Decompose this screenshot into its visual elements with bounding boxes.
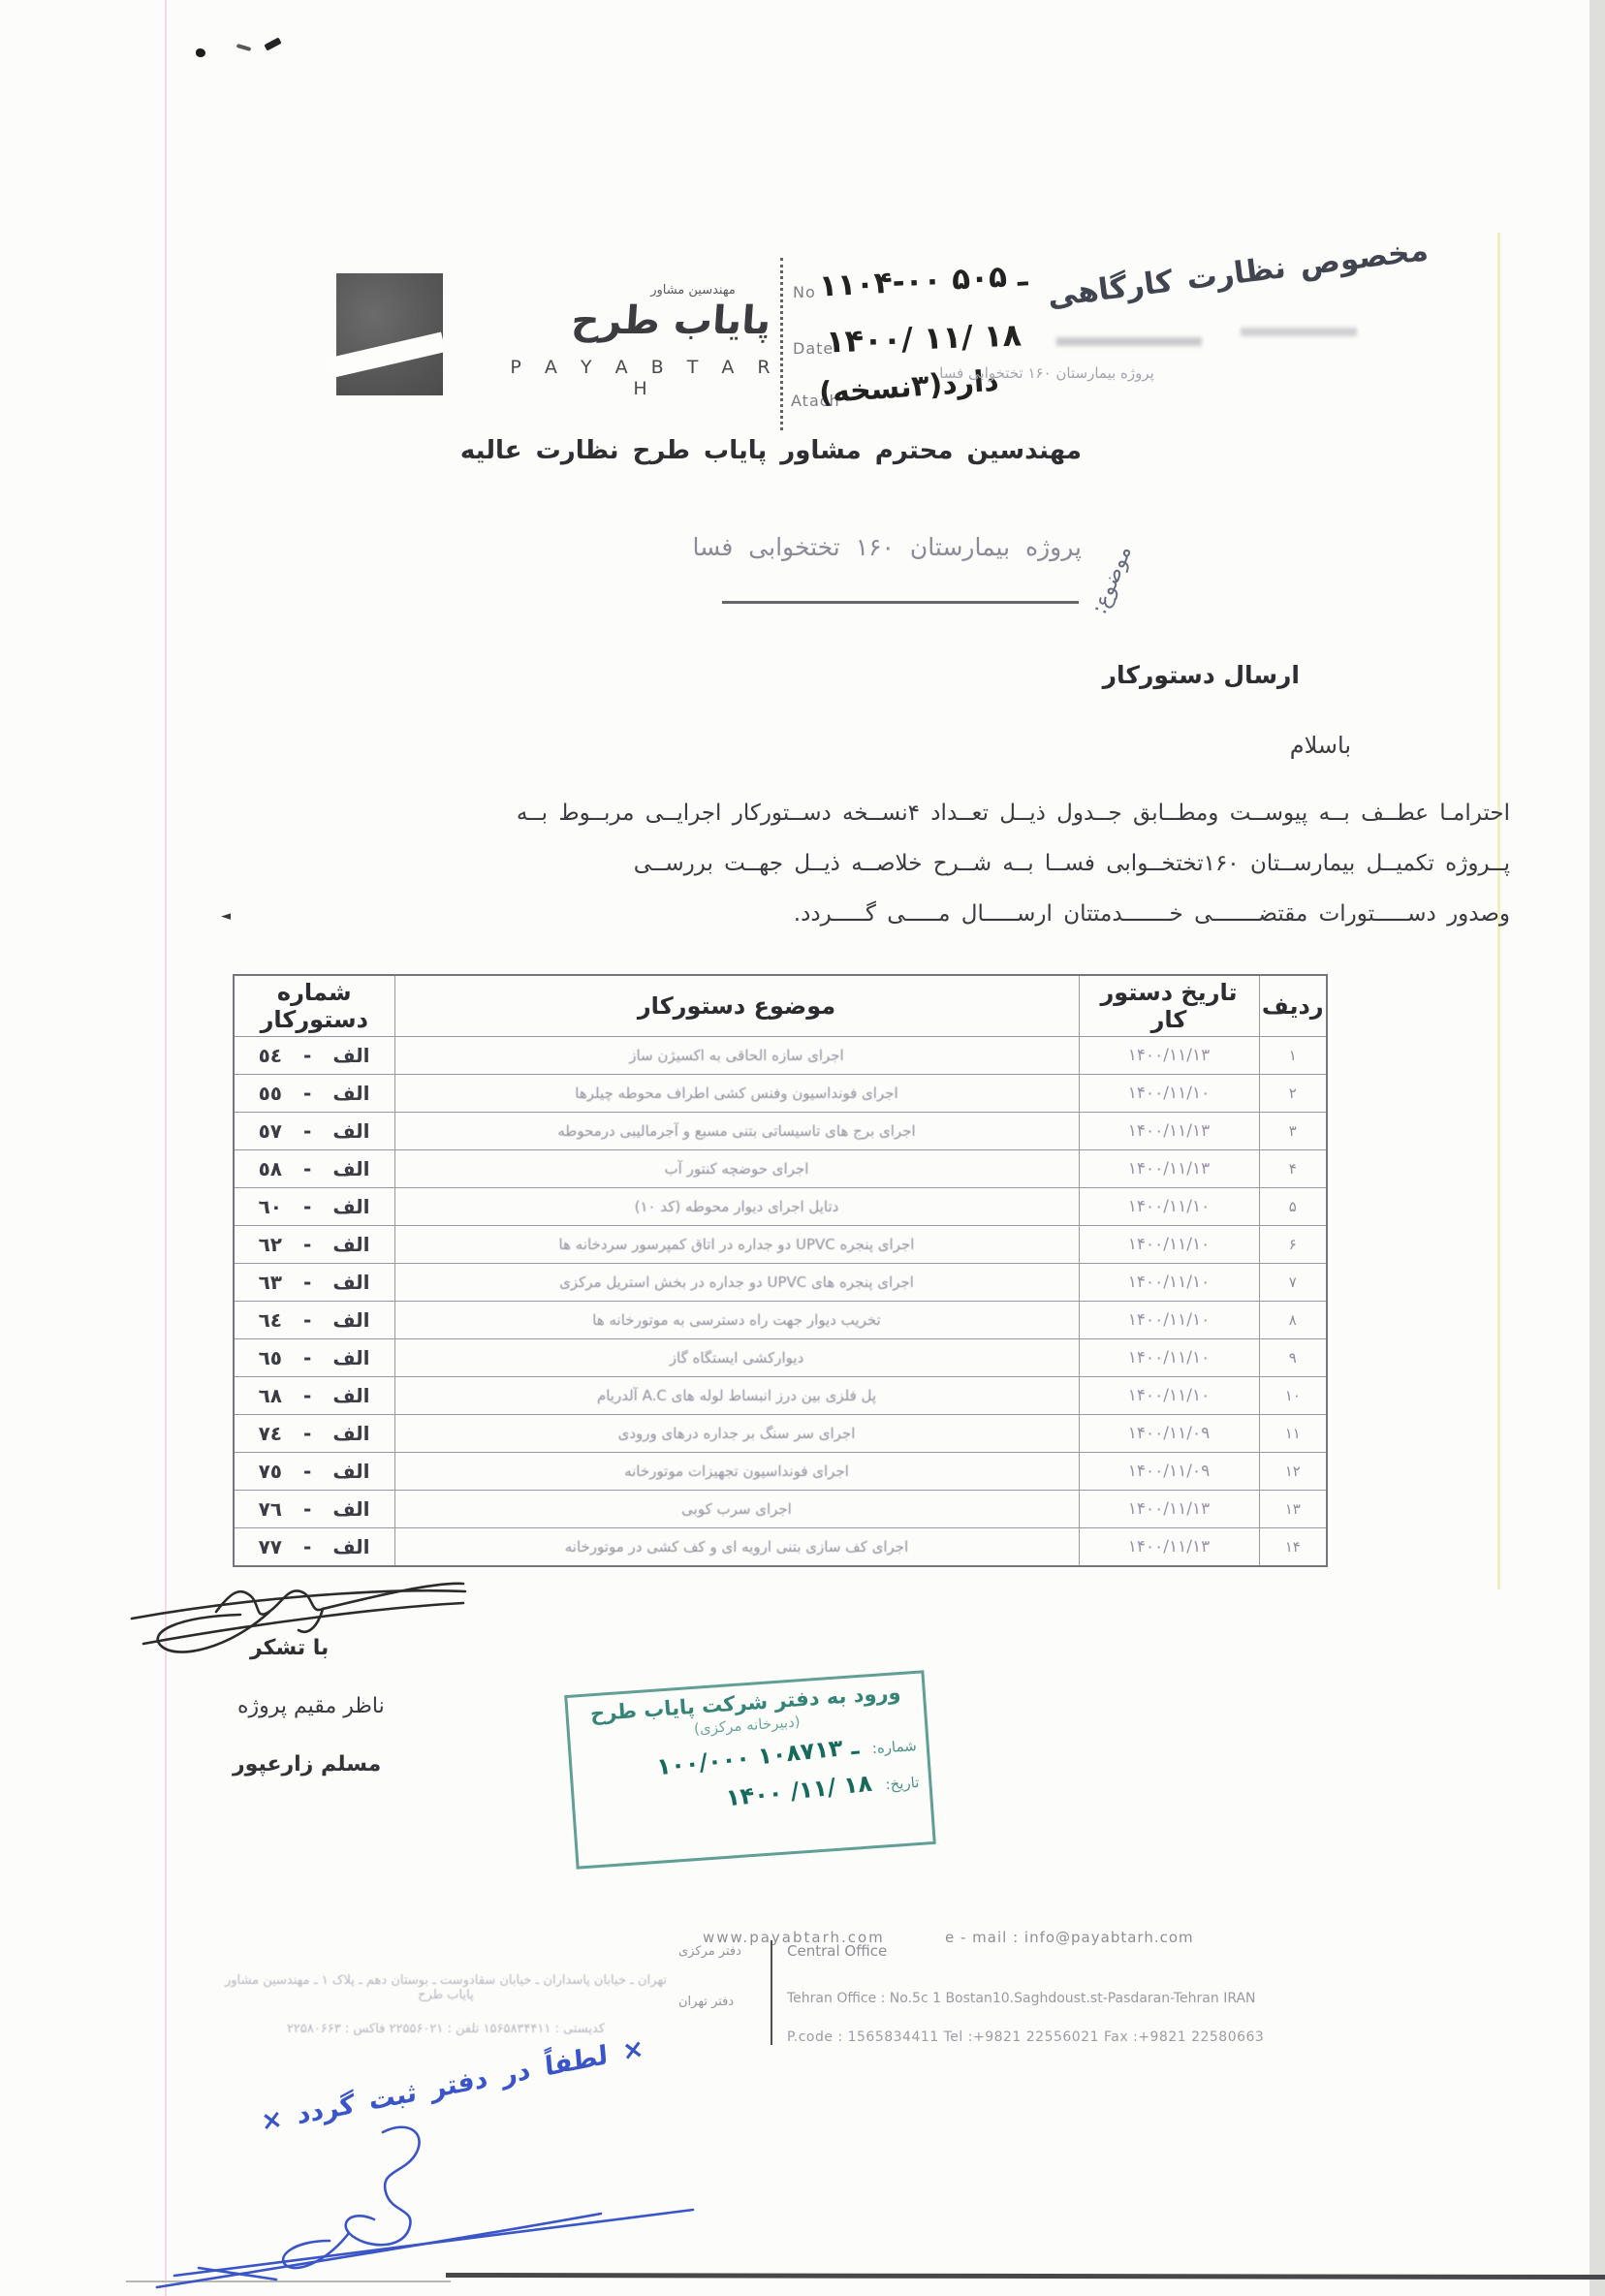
signer-name: مسلم زارعپور <box>233 1752 381 1777</box>
footer-fa-contact-faint: کدپستی : ۱۵۶۵۸۳۴۴۱۱ تلفن : ۲۲۵۵۶۰۲۱ فاکس… <box>218 2022 674 2036</box>
payabtarh-logo <box>336 273 443 395</box>
cell-order-subject: دتایل اجرای دیوار محوطه (کد ۱۰) <box>394 1188 1079 1226</box>
cell-order-number: الف-٧٤ <box>234 1415 394 1453</box>
cell-order-date: ۱۴۰۰/۱۱/۱۰ <box>1079 1339 1259 1377</box>
header-order-subject: موضوع دستورکار <box>394 975 1079 1037</box>
table-row: ۳۱۴۰۰/۱۱/۱۳اجرای برج های تاسیساتی بتنی م… <box>234 1113 1327 1150</box>
cell-row-number: ۶ <box>1259 1226 1327 1264</box>
cell-order-subject: تخریب دیوار جهت راه دسترسی به موتورخانه … <box>394 1302 1079 1339</box>
cell-order-date: ۱۴۰۰/۱۱/۱۰ <box>1079 1264 1259 1302</box>
footer-en-tehran-office: Tehran Office : No.5c 1 Bostan10.Saghdou… <box>787 1991 1256 2006</box>
table-row: ۹۱۴۰۰/۱۱/۱۰دیوارکشی ایستگاه گازالف-٦٥ <box>234 1339 1327 1377</box>
footer-fa-central-office: دفتر مرکزی <box>678 1944 764 1959</box>
cell-order-subject: اجرای پنجره UPVC دو جداره در اتاق کمپرسو… <box>394 1226 1079 1264</box>
footer-divider <box>771 1940 772 2045</box>
footer-email: e - mail : info@payabtarh.com <box>945 1929 1194 1946</box>
cell-order-subject: دیوارکشی ایستگاه گاز <box>394 1339 1079 1377</box>
cell-order-subject: اجرای فونداسیون تجهیزات موتورخانه <box>394 1453 1079 1491</box>
header-order-number: شماره دستورکار <box>234 975 394 1037</box>
cell-order-date: ۱۴۰۰/۱۱/۱۳ <box>1079 1037 1259 1075</box>
date-field-value: ۱۴۰۰/ ۱۱/ ۱۸ <box>825 316 1022 360</box>
table-row: ۱۳۱۴۰۰/۱۱/۱۳اجرای سرب کوبیالف-٧٦ <box>234 1491 1327 1528</box>
entry-number-label: شماره: <box>871 1737 917 1757</box>
body-line-3: وصدور دســـــتورات مقتضـــــــی خـــــــ… <box>794 901 1510 927</box>
salutation: باسلام <box>1290 732 1351 759</box>
cell-order-subject: اجرای سرب کوبی <box>394 1491 1079 1528</box>
table-row: ۷۱۴۰۰/۱۱/۱۰اجرای پنجره های UPVC دو جداره… <box>234 1264 1327 1302</box>
ink-dot-artifact <box>196 48 205 57</box>
cell-order-number: الف-٦٣ <box>234 1264 394 1302</box>
cell-order-number: الف-٥٤ <box>234 1037 394 1075</box>
thanks-line: با تشکر <box>250 1636 329 1660</box>
cell-order-date: ۱۴۰۰/۱۱/۱۳ <box>1079 1113 1259 1150</box>
signature-blue <box>145 2113 727 2296</box>
table-row: ۲۱۴۰۰/۱۱/۱۰اجرای فونداسیون وفنس کشی اطرا… <box>234 1075 1327 1113</box>
cell-order-subject: پل فلزی بین درز انبساط لوله های A.C آلدر… <box>394 1377 1079 1415</box>
heading-rule <box>722 601 1079 604</box>
workorder-table: ردیف تاریخ دستور کار موضوع دستورکار شمار… <box>233 974 1328 1567</box>
logo-slash-shape <box>326 332 446 379</box>
cell-order-date: ۱۴۰۰/۱۱/۱۰ <box>1079 1377 1259 1415</box>
cell-order-subject: اجرای سر سنگ بر جداره درهای ورودی <box>394 1415 1079 1453</box>
cell-order-number: الف-٦٠ <box>234 1188 394 1226</box>
entry-date-value: ۱۴۰۰ /۱۱/ ۱۸ <box>724 1770 873 1812</box>
subject-title: ارسال دستورکار <box>1103 661 1300 689</box>
footer-en-central-office: Central Office <box>787 1942 887 1960</box>
cell-row-number: ۸ <box>1259 1302 1327 1339</box>
table-row: ۱۱۴۰۰/۱۱/۱۳اجرای سازه الحاقی به اکسیژن س… <box>234 1037 1327 1075</box>
cell-order-date: ۱۴۰۰/۱۱/۰۹ <box>1079 1415 1259 1453</box>
scan-edge-shadow <box>1589 0 1605 2296</box>
brand-name-fa: پایاب طرح <box>565 299 776 343</box>
signer-role: ناظر مقیم پروژه <box>237 1694 385 1718</box>
subject-scribble: موضوع: <box>1087 543 1137 618</box>
header-order-date: تاریخ دستور کار <box>1079 975 1259 1037</box>
cell-order-number: الف-٦٤ <box>234 1302 394 1339</box>
cell-order-date: ۱۴۰۰/۱۱/۱۳ <box>1079 1150 1259 1188</box>
cell-order-number: الف-٥٧ <box>234 1113 394 1150</box>
project-name-faint: پروژه بیمارستان ۱۶۰ تختخوابی فسا <box>926 364 1168 382</box>
cell-order-date: ۱۴۰۰/۱۱/۰۹ <box>1079 1453 1259 1491</box>
recipient-line: مهندسین محترم مشاور پایاب طرح نظارت عالی… <box>460 436 1082 465</box>
cell-row-number: ۳ <box>1259 1113 1327 1150</box>
cell-order-date: ۱۴۰۰/۱۱/۱۳ <box>1079 1528 1259 1567</box>
project-line: پروژه بیمارستان ۱۶۰ تختخوابی فسا <box>692 533 1082 561</box>
no-field-label: No <box>793 283 816 301</box>
cell-row-number: ۱۳ <box>1259 1491 1327 1528</box>
footer-en-contact: P.code : 1565834411 Tel :+9821 22556021 … <box>787 2029 1264 2045</box>
table-row: ۴۱۴۰۰/۱۱/۱۳اجرای حوضچه کنتور آبالف-٥٨ <box>234 1150 1327 1188</box>
margin-arrow-mark: ◄ <box>221 909 231 924</box>
cell-row-number: ۱ <box>1259 1037 1327 1075</box>
body-line-2: پــروژه تکمیــل بیمارســتان ۱۶۰تختخــواب… <box>634 851 1510 876</box>
cell-row-number: ۵ <box>1259 1188 1327 1226</box>
cell-row-number: ۹ <box>1259 1339 1327 1377</box>
workorder-table-body: ۱۱۴۰۰/۱۱/۱۳اجرای سازه الحاقی به اکسیژن س… <box>234 1037 1327 1567</box>
cell-order-number: الف-٧٦ <box>234 1491 394 1528</box>
cell-order-date: ۱۴۰۰/۱۱/۱۳ <box>1079 1491 1259 1528</box>
cell-order-number: الف-٥٥ <box>234 1075 394 1113</box>
table-row: ۶۱۴۰۰/۱۱/۱۰اجرای پنجره UPVC دو جداره در … <box>234 1226 1327 1264</box>
cell-row-number: ۱۲ <box>1259 1453 1327 1491</box>
faded-smear <box>1056 337 1202 346</box>
table-row: ۸۱۴۰۰/۱۱/۱۰تخریب دیوار جهت راه دسترسی به… <box>234 1302 1327 1339</box>
scanned-letter-page: مهندسین مشاور پایاب طرح P A Y A B T A R … <box>0 0 1605 2296</box>
cell-order-date: ۱۴۰۰/۱۱/۱۰ <box>1079 1302 1259 1339</box>
cell-order-number: الف-٧٥ <box>234 1453 394 1491</box>
cell-order-subject: اجرای برج های تاسیساتی بتنی مسبع و آجرما… <box>394 1113 1079 1150</box>
cell-row-number: ۱۰ <box>1259 1377 1327 1415</box>
table-row: ۱۰۱۴۰۰/۱۱/۱۰پل فلزی بین درز انبساط لوله … <box>234 1377 1327 1415</box>
header-divider <box>780 258 783 430</box>
supervision-stamp-text: مخصوص نظارت کارگاهی <box>984 233 1431 322</box>
ink-mark-artifact <box>236 44 252 51</box>
table-row: ۵۱۴۰۰/۱۱/۱۰دتایل اجرای دیوار محوطه (کد ۱… <box>234 1188 1327 1226</box>
cell-row-number: ۲ <box>1259 1075 1327 1113</box>
footer-fa-address-faint: تهران ـ خیابان پاسداران ـ خیابان سقادوست… <box>218 1973 674 2002</box>
brand-subtitle: مهندسین مشاور <box>611 283 775 298</box>
cell-order-date: ۱۴۰۰/۱۱/۱۰ <box>1079 1075 1259 1113</box>
ink-mark-artifact <box>264 37 281 50</box>
cell-order-date: ۱۴۰۰/۱۱/۱۰ <box>1079 1188 1259 1226</box>
cell-order-subject: اجرای فونداسیون وفنس کشی اطراف محوطه چیل… <box>394 1075 1079 1113</box>
cell-row-number: ۷ <box>1259 1264 1327 1302</box>
faded-smear <box>1241 328 1357 336</box>
cell-order-number: الف-٦٨ <box>234 1377 394 1415</box>
table-row: ۱۱۱۴۰۰/۱۱/۰۹اجرای سر سنگ بر جداره درهای … <box>234 1415 1327 1453</box>
cell-order-subject: اجرای سازه الحاقی به اکسیژن ساز <box>394 1037 1079 1075</box>
cell-order-subject: اجرای حوضچه کنتور آب <box>394 1150 1079 1188</box>
fold-line-pink <box>165 0 167 2296</box>
office-entry-stamp: ورود به دفتر شرکت پایاب طرح (دبیرخانه مر… <box>564 1670 936 1870</box>
body-line-1: احترامـا عطــف بــه پیوســت ومطــابق جــ… <box>517 801 1510 826</box>
header-row-number: ردیف <box>1259 975 1327 1037</box>
entry-date-label: تاریخ: <box>885 1774 920 1793</box>
cell-order-number: الف-٦٥ <box>234 1339 394 1377</box>
cell-order-number: الف-٦٢ <box>234 1226 394 1264</box>
cell-order-subject: اجرای کف سازی بتنی ارویه ای و کف کشی در … <box>394 1528 1079 1567</box>
cell-order-subject: اجرای پنجره های UPVC دو جداره در بخش است… <box>394 1264 1079 1302</box>
cell-order-number: الف-٥٨ <box>234 1150 394 1188</box>
cell-row-number: ۱۴ <box>1259 1528 1327 1567</box>
cell-order-date: ۱۴۰۰/۱۱/۱۰ <box>1079 1226 1259 1264</box>
footer-fa-tehran-office: دفتر تهران <box>678 1995 764 2009</box>
brand-name-latin: P A Y A B T A R H <box>504 357 785 399</box>
table-header-row: ردیف تاریخ دستور کار موضوع دستورکار شمار… <box>234 975 1327 1037</box>
cell-row-number: ۱۱ <box>1259 1415 1327 1453</box>
table-row: ۱۲۱۴۰۰/۱۱/۰۹اجرای فونداسیون تجهیزات موتو… <box>234 1453 1327 1491</box>
cell-row-number: ۴ <box>1259 1150 1327 1188</box>
